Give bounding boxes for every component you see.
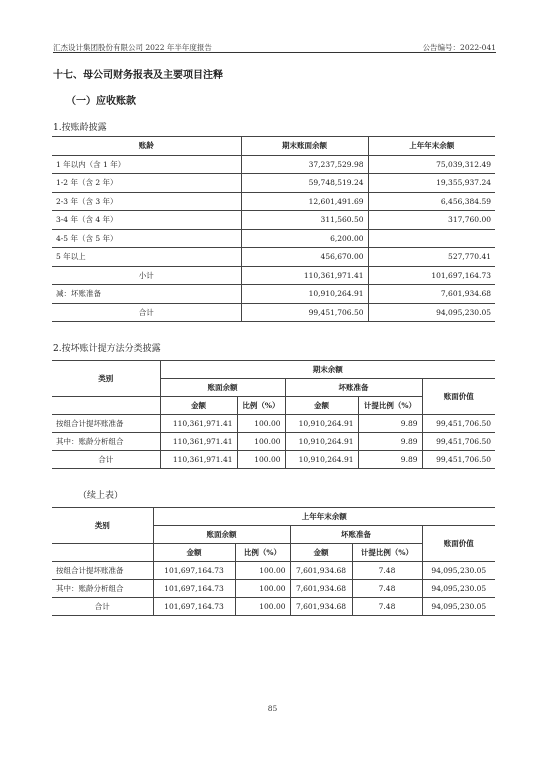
col-book-balance: 账面余额	[160, 379, 285, 397]
table-header-row: 类别 上年年末余额	[52, 508, 495, 526]
col-provision-ratio: 计提比例（%）	[352, 544, 422, 562]
col-group-period-end: 期末余额	[160, 361, 495, 379]
table-row: 其中：账龄分析组合 110,361,971.41 100.00 10,910,2…	[52, 433, 495, 451]
col-aging: 账龄	[52, 137, 241, 156]
col-provision-ratio: 计提比例（%）	[358, 397, 422, 415]
col-amount: 金额	[160, 397, 237, 415]
table-row: 1-2 年（含 2 年） 59,748,519.24 19,355,937.24	[52, 174, 495, 193]
total-row: 合计 99,451,706.50 94,095,230.05	[52, 303, 495, 322]
col-category: 类别	[52, 361, 160, 397]
table-header-row: 账龄 期末账面余额 上年年末余额	[52, 137, 495, 156]
col-ratio: 比例（%）	[237, 397, 285, 415]
page-header: 汇杰设计集团股份有限公司 2022 年半年度报告 公告编号：2022-041	[53, 40, 496, 53]
col-book-value: 账面价值	[422, 379, 495, 415]
col-prior-balance: 上年年末余额	[368, 137, 495, 156]
classification-table-current: 类别 期末余额 账面余额 坏账准备 账面价值 金额 比例（%） 金额 计提比例（…	[52, 360, 495, 469]
table-row: 其中：账龄分析组合 101,697,164.73 100.00 7,601,93…	[52, 580, 495, 598]
col-bad-amount: 金额	[285, 397, 358, 415]
col-amount: 金额	[153, 544, 235, 562]
subsection-title: （一）应收账款	[66, 92, 136, 107]
col-bad-amount: 金额	[290, 544, 352, 562]
table-row: 按组合计提坏账准备 110,361,971.41 100.00 10,910,2…	[52, 415, 495, 433]
classification-table-prior: 类别 上年年末余额 账面余额 坏账准备 账面价值 金额 比例（%） 金额 计提比…	[52, 507, 495, 616]
aging-table: 账龄 期末账面余额 上年年末余额 1 年以内（含 1 年） 37,237,529…	[52, 136, 495, 322]
announcement-number: 公告编号：2022-041	[423, 42, 496, 53]
col-group-prior-year-end: 上年年末余额	[153, 508, 495, 526]
table-row: 5 年以上 456,670.00 527,770.41	[52, 248, 495, 267]
table-row: 按组合计提坏账准备 101,697,164.73 100.00 7,601,93…	[52, 562, 495, 580]
page-number: 85	[0, 704, 545, 713]
table-row: 1 年以内（含 1 年） 37,237,529.98 75,039,312.49	[52, 155, 495, 174]
col-book-balance: 账面余额	[153, 526, 290, 544]
table1-caption: 1.按账龄披露	[53, 120, 107, 133]
col-book-value: 账面价值	[422, 526, 495, 562]
report-title: 汇杰设计集团股份有限公司 2022 年半年度报告	[53, 42, 212, 53]
table-header-row: 类别 期末余额	[52, 361, 495, 379]
table3-caption: （续上表）	[78, 488, 123, 501]
col-current-balance: 期末账面余额	[241, 137, 368, 156]
total-row: 合计 110,361,971.41 100.00 10,910,264.91 9…	[52, 451, 495, 469]
table-row: 2-3 年（含 3 年） 12,601,491.69 6,456,384.59	[52, 192, 495, 211]
table2-caption: 2.按坏账计提方法分类披露	[53, 341, 161, 354]
table-row: 3-4 年（含 4 年） 311,560.50 317,760.00	[52, 211, 495, 230]
total-row: 合计 101,697,164.73 100.00 7,601,934.68 7.…	[52, 598, 495, 616]
col-bad-debt: 坏账准备	[290, 526, 422, 544]
col-category: 类别	[52, 508, 153, 544]
section-title: 十七、母公司财务报表及主要项目注释	[53, 66, 223, 81]
subtotal-row: 小计 110,361,971.41 101,697,164.73	[52, 266, 495, 285]
col-ratio: 比例（%）	[235, 544, 290, 562]
col-bad-debt: 坏账准备	[285, 379, 422, 397]
table-row: 减：坏账准备 10,910,264.91 7,601,934.68	[52, 285, 495, 304]
table-row: 4-5 年（含 5 年） 6,200.00	[52, 229, 495, 248]
